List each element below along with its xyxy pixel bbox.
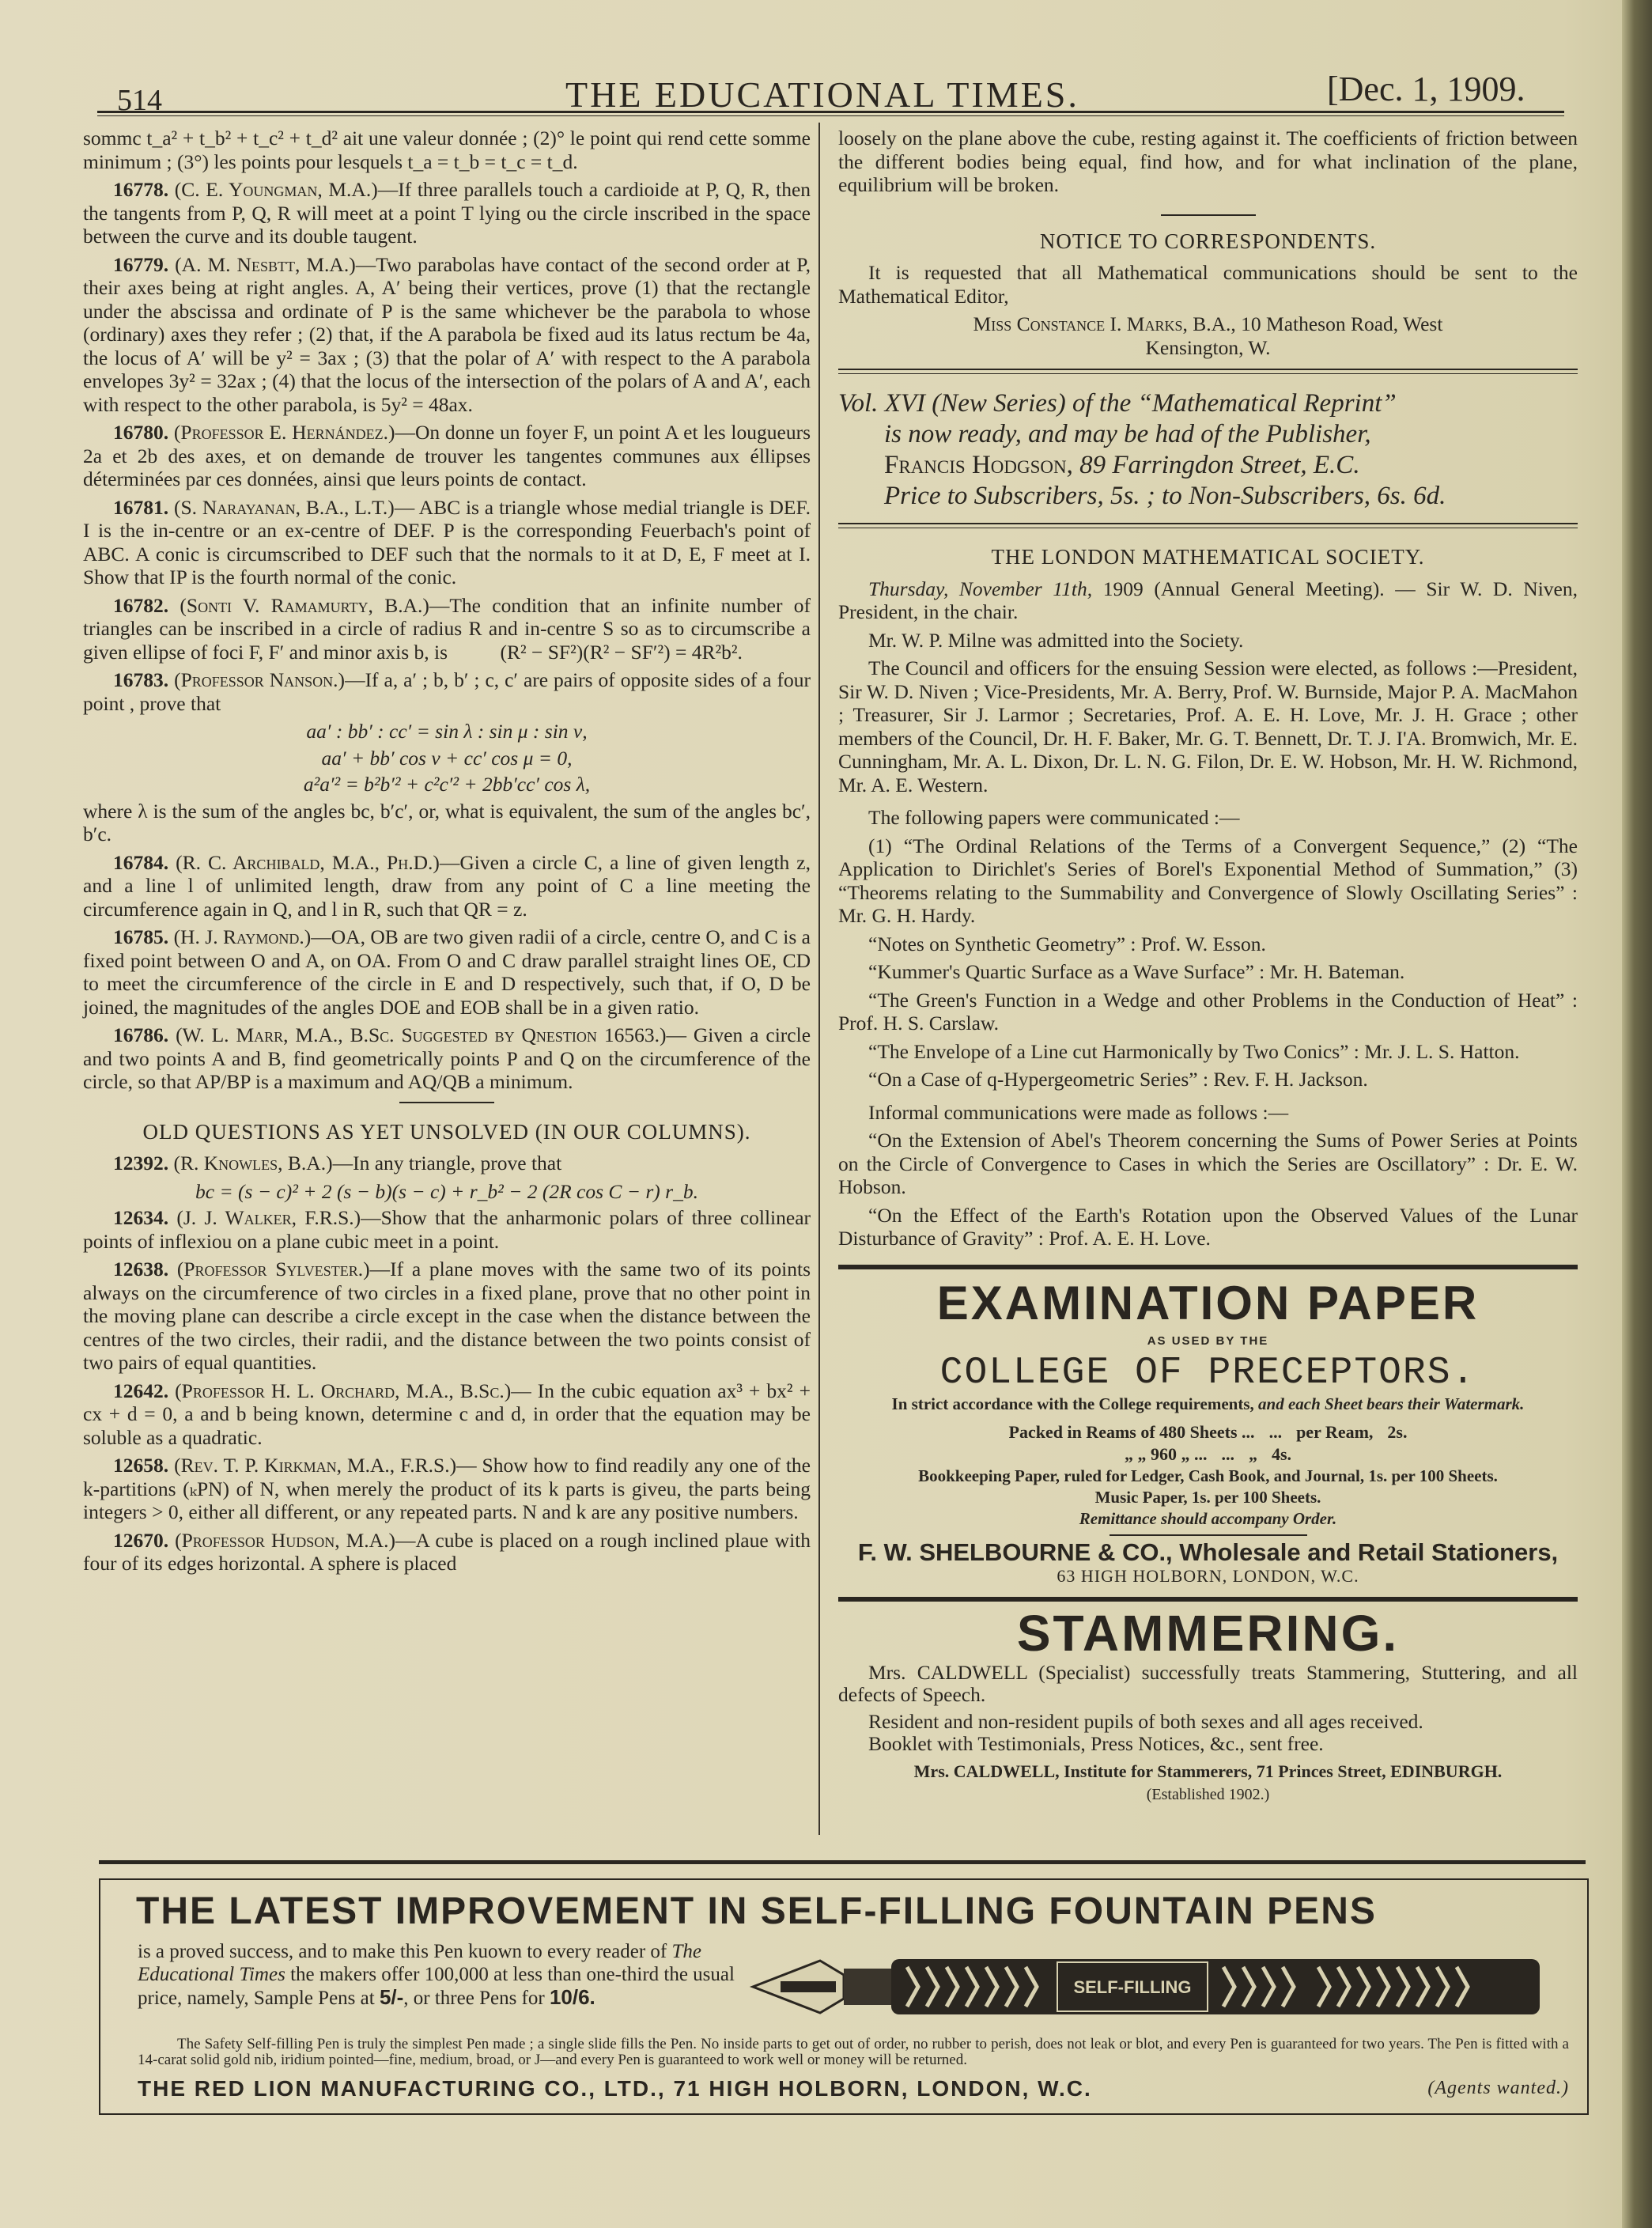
- firm-address: 63 HIGH HOLBORN, LONDON, W.C.: [838, 1564, 1578, 1588]
- section-divider: [399, 1102, 494, 1103]
- left-column: sommc t_a² + t_b² + t_c² + t_d² ait une …: [83, 127, 811, 1580]
- stammering-ad: STAMMERING. Mrs. CALDWELL (Specialist) s…: [838, 1602, 1578, 1806]
- ad-rule: [99, 1860, 1586, 1864]
- college-name: COLLEGE OF PRECEPTORS.: [838, 1352, 1578, 1394]
- continued-text: loosely on the plane above the cube, res…: [838, 127, 1578, 197]
- question-12634: 12634. (J. J. Walker, F.R.S.)—Show that …: [83, 1206, 811, 1253]
- paper-item: “The Green's Function in a Wedge and oth…: [838, 989, 1578, 1035]
- publisher-address: 89 Farringdon Street, E.C.: [1079, 451, 1359, 479]
- question-16785: 16785. (H. J. Raymond.)—OA, OB are two g…: [83, 925, 811, 1019]
- equation: (R² − SF²)(R² − SF′²) = 4R²b².: [452, 641, 742, 664]
- question-author: (Professor Hudson, M.A.): [175, 1529, 395, 1552]
- ad-subtitle: AS USED BY THE: [838, 1330, 1578, 1353]
- question-text: —Two parabolas have contact of the secon…: [83, 253, 811, 416]
- question-number: 12658.: [113, 1454, 168, 1477]
- question-author: (Professor E. Hernández.): [174, 421, 395, 444]
- established-year: (Established 1902.): [838, 1784, 1578, 1807]
- price-item: Packed in Reams of 480 Sheets ...: [1009, 1421, 1255, 1443]
- council-list: The Council and officers for the ensuing…: [838, 656, 1578, 796]
- question-16780: 16780. (Professor E. Hernández.)—On donn…: [83, 421, 811, 491]
- question-author: (R. C. Archibald, M.A., Ph.D.): [176, 851, 440, 874]
- equation: aa′ + bb′ cos ν + cc′ cos μ = 0,: [83, 747, 811, 770]
- question-author: (W. L. Marr, M.A., B.Sc. Suggested by Qn…: [176, 1023, 666, 1046]
- manufacturer-address: THE RED LION MANUFACTURING CO., LTD., 71…: [138, 2076, 1092, 2101]
- informal-item: “On the Effect of the Earth's Rotation u…: [838, 1204, 1578, 1250]
- equation: aa′ : bb′ : cc′ = sin λ : sin μ : sin ν,: [83, 720, 811, 743]
- question-number: 12642.: [113, 1379, 168, 1402]
- question-16786: 16786. (W. L. Marr, M.A., B.Sc. Suggeste…: [83, 1023, 811, 1094]
- question-16779: 16779. (A. M. Nesbtt, M.A.)—Two parabola…: [83, 253, 811, 417]
- question-12392: 12392. (R. Knowles, B.A.)—In any triangl…: [83, 1152, 811, 1175]
- question-16778: 16778. (C. E. Youngman, M.A.)—If three p…: [83, 178, 811, 248]
- masthead-title: THE EDUCATIONAL TIMES.: [565, 74, 1079, 115]
- accordance-italic: and each Sheet bears their Watermark.: [1258, 1394, 1524, 1413]
- ad-title: THE LATEST IMPROVEMENT IN SELF-FILLING F…: [136, 1889, 1377, 1933]
- editor-address: Miss Constance I. Marks, B.A., 10 Mathes…: [838, 312, 1578, 359]
- ad-divider: [1110, 1534, 1307, 1536]
- accordance-text: In strict accordance with the College re…: [838, 1394, 1578, 1415]
- remittance-text: Remittance should accompany Order.: [838, 1508, 1578, 1530]
- question-text: —In any triangle, prove that: [333, 1152, 562, 1175]
- examination-paper-ad: EXAMINATION PAPER AS USED BY THE COLLEGE…: [838, 1269, 1578, 1588]
- fine-print: The Safety Self-filling Pen is truly the…: [138, 2037, 1569, 2068]
- question-number: 16783.: [113, 668, 168, 691]
- accordance-plain: In strict accordance with the College re…: [892, 1394, 1254, 1413]
- question-author: (Professor Sylvester.): [177, 1258, 370, 1280]
- ad-title: EXAMINATION PAPER: [838, 1277, 1578, 1330]
- stammering-line: Mrs. CALDWELL (Specialist) successfully …: [838, 1662, 1578, 1706]
- section-divider: [1161, 214, 1256, 216]
- question-number: 16781.: [113, 496, 168, 519]
- price-value: 2s.: [1387, 1421, 1407, 1443]
- editor-address-line1: , B.A., 10 Matheson Road, West: [1182, 312, 1442, 335]
- question-number: 12670.: [113, 1529, 168, 1552]
- price-unit: per Ream,: [1296, 1421, 1373, 1443]
- society-heading: THE LONDON MATHEMATICAL SOCIETY.: [838, 546, 1578, 569]
- newspaper-page: 514 THE EDUCATIONAL TIMES. [Dec. 1, 1909…: [0, 0, 1645, 2228]
- question-number: 16779.: [113, 253, 168, 276]
- question-author: (Professor Nanson.): [174, 668, 345, 691]
- reprint-line: Vol. XVI (New Series) of the “Mathematic…: [838, 389, 1397, 418]
- old-questions-heading: OLD QUESTIONS AS YET UNSOLVED (IN OUR CO…: [83, 1121, 811, 1144]
- notice-text: It is requested that all Mathematical co…: [838, 261, 1578, 308]
- question-12658: 12658. (Rev. T. P. Kirkman, M.A., F.R.S.…: [83, 1454, 811, 1524]
- meeting-info: Thursday, November 11th, 1909 (Annual Ge…: [838, 577, 1578, 624]
- agents-wanted: (Agents wanted.): [1427, 2078, 1569, 2099]
- continued-text: sommc t_a² + t_b² + t_c² + t_d² ait une …: [83, 127, 811, 173]
- question-author: (J. J. Walker, F.R.S.): [176, 1206, 361, 1229]
- bookkeeping-text: Bookkeeping Paper, ruled for Ledger, Cas…: [838, 1466, 1578, 1487]
- informal-intro: Informal communications were made as fol…: [838, 1101, 1578, 1125]
- question-number: 12392.: [113, 1152, 168, 1175]
- question-12642: 12642. (Professor H. L. Orchard, M.A., B…: [83, 1379, 811, 1450]
- ad-title: STAMMERING.: [838, 1605, 1578, 1662]
- question-author: (A. M. Nesbtt, M.A.): [175, 253, 356, 276]
- firm-name: F. W. SHELBOURNE & CO., Wholesale and Re…: [838, 1541, 1578, 1564]
- institute-address: Mrs. CALDWELL, Institute for Stammerers,…: [838, 1760, 1578, 1784]
- rule: [838, 369, 1578, 374]
- publisher-name: Francis Hodgson,: [884, 451, 1073, 479]
- question-16783: 16783. (Professor Nanson.)—If a, a′ ; b,…: [83, 668, 811, 715]
- price-row: „ „ 960 „ ... ... „ 4s.: [838, 1443, 1578, 1466]
- ad-body-text: is a proved success, and to make this Pe…: [138, 1941, 672, 1962]
- ad-body: is a proved success, and to make this Pe…: [138, 1940, 747, 2010]
- right-column: loosely on the plane above the cube, res…: [838, 127, 1578, 1806]
- column-divider: [818, 123, 820, 1835]
- question-number: 16784.: [113, 851, 168, 874]
- question-16784: 16784. (R. C. Archibald, M.A., Ph.D.)—Gi…: [83, 851, 811, 921]
- book-spine-edge: [1622, 0, 1652, 2228]
- reprint-line: is now ready, and may be had of the Publ…: [838, 419, 1578, 450]
- question-number: 16778.: [113, 178, 168, 201]
- price-row: Packed in Reams of 480 Sheets ... ... pe…: [838, 1421, 1578, 1443]
- music-paper-text: Music Paper, 1s. per 100 Sheets.: [838, 1487, 1578, 1508]
- question-author: (C. E. Youngman, M.A.): [175, 178, 378, 201]
- question-16781: 16781. (S. Narayanan, B.A., L.T.)— ABC i…: [83, 496, 811, 589]
- equation: bc = (s − c)² + 2 (s − b)(s − c) + r_b² …: [83, 1180, 811, 1204]
- question-author: (Sonti V. Ramamurty, B.A.): [180, 594, 429, 617]
- question-12638: 12638. (Professor Sylvester.)—If a plane…: [83, 1258, 811, 1375]
- paper-item: “Notes on Synthetic Geometry” : Prof. W.…: [838, 932, 1578, 956]
- paper-item: (1) “The Ordinal Relations of the Terms …: [838, 834, 1578, 928]
- editor-address-line2: Kensington, W.: [1146, 336, 1271, 359]
- equation: a²a′² = b²b′² + c²c′² + 2bb′cc′ cos λ,: [83, 773, 811, 796]
- question-author: (Professor H. L. Orchard, M.A., B.Sc.): [175, 1379, 511, 1402]
- pen-label: SELF-FILLING: [1073, 1977, 1191, 1997]
- reprint-notice: Vol. XVI (New Series) of the “Mathematic…: [838, 374, 1578, 523]
- question-12670: 12670. (Professor Hudson, M.A.)—A cube i…: [83, 1529, 811, 1575]
- manufacturer-line: THE RED LION MANUFACTURING CO., LTD., 71…: [138, 2076, 1569, 2101]
- price-dots: ...: [1221, 1443, 1234, 1466]
- paper-item: “On a Case of q-Hypergeometric Series” :…: [838, 1068, 1578, 1091]
- stammering-line: Resident and non-resident pupils of both…: [838, 1711, 1578, 1733]
- question-author: (R. Knowles, B.A.): [174, 1152, 333, 1175]
- reprint-price: Price to Subscribers, 5s. ; to Non-Subsc…: [838, 481, 1578, 512]
- paper-item: “The Envelope of a Line cut Harmonically…: [838, 1040, 1578, 1064]
- question-number: 12634.: [113, 1206, 168, 1229]
- question-number: 12638.: [113, 1258, 168, 1280]
- fountain-pen-ad: THE LATEST IMPROVEMENT IN SELF-FILLING F…: [99, 1878, 1589, 2115]
- paper-item: “Kummer's Quartic Surface as a Wave Surf…: [838, 960, 1578, 984]
- meeting-date: Thursday, November 11th,: [868, 577, 1092, 600]
- question-number: 16785.: [113, 925, 168, 948]
- fountain-pen-icon: SELF-FILLING: [749, 1951, 1548, 2022]
- issue-date: [Dec. 1, 1909.: [1327, 69, 1525, 109]
- question-author: (Rev. T. P. Kirkman, M.A., F.R.S.): [174, 1454, 456, 1477]
- header-rule: [97, 111, 1564, 116]
- question-author: (S. Narayanan, B.A., L.T.): [174, 496, 395, 519]
- rule: [838, 523, 1578, 528]
- price-value: 4s.: [1272, 1443, 1291, 1466]
- papers-intro: The following papers were communicated :…: [838, 806, 1578, 830]
- price-unit: „: [1249, 1443, 1257, 1466]
- question-text: where λ is the sum of the angles bc, b′c…: [83, 800, 811, 846]
- question-16782: 16782. (Sonti V. Ramamurty, B.A.)—The co…: [83, 594, 811, 664]
- single-pen-price: 5/-: [380, 1985, 403, 2009]
- question-number: 16782.: [113, 594, 168, 617]
- question-author: (H. J. Raymond.): [174, 925, 312, 948]
- price-item: „ „ 960 „ ...: [1125, 1443, 1208, 1466]
- ad-body-text: , or three Pens for: [403, 1988, 550, 2009]
- question-number: 16780.: [113, 421, 168, 444]
- notice-heading: NOTICE TO CORRESPONDENTS.: [838, 230, 1578, 254]
- stammering-line: Booklet with Testimonials, Press Notices…: [838, 1733, 1578, 1755]
- editor-name: Miss Constance I. Marks: [973, 312, 1183, 335]
- admitted-member: Mr. W. P. Milne was admitted into the So…: [838, 629, 1578, 653]
- price-dots: ...: [1269, 1421, 1283, 1443]
- page-header: 514 THE EDUCATIONAL TIMES. [Dec. 1, 1909…: [87, 67, 1566, 115]
- question-number: 16786.: [113, 1023, 168, 1046]
- three-pen-price: 10/6.: [550, 1985, 595, 2009]
- informal-item: “On the Extension of Abel's Theorem conc…: [838, 1129, 1578, 1199]
